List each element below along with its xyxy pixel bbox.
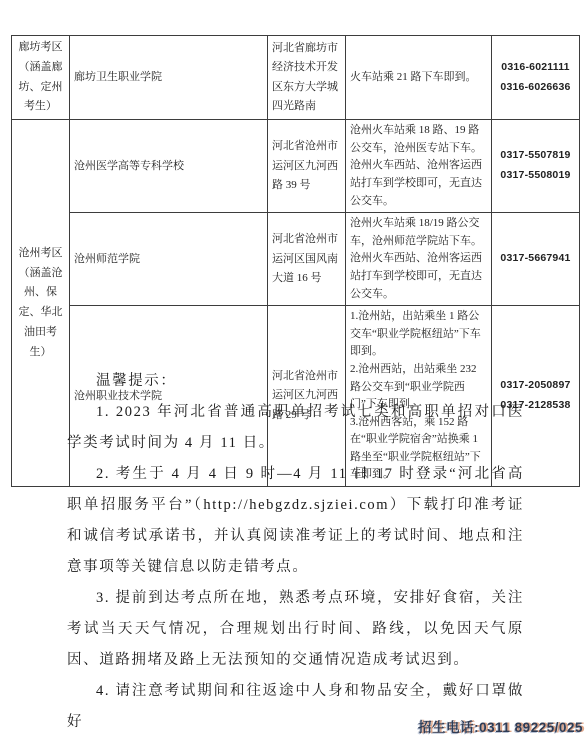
school-name: 沧州师范学院 (70, 213, 268, 306)
document-page: 廊坊考区（涵盖廊坊、定州考生） 廊坊卫生职业学院 河北省廊坊市经济技术开发区东方… (0, 0, 588, 739)
school-address: 河北省廊坊市经济技术开发区东方大学城四光路南 (268, 36, 346, 120)
notice-paragraph-2: 2. 考生于 4 月 4 日 9 时—4 月 11 日 17 时登录“河北省高职… (67, 459, 524, 583)
contact-phones: 0316-6021111 0316-6026636 (492, 36, 580, 120)
school-name: 廊坊卫生职业学院 (70, 36, 268, 120)
notice-title: 温馨提示： (67, 366, 524, 397)
school-address: 河北省沧州市运河区九河西路 39 号 (268, 120, 346, 213)
table-row: 沧州考区（涵盖沧州、保定、华北油田考生） 沧州医学高等专科学校 河北省沧州市运河… (12, 120, 580, 213)
notice-section: 温馨提示： 1. 2023 年河北省普通高职单招考试七类和高职单招对口医学类考试… (67, 366, 524, 738)
contact-phones: 0317-5507819 0317-5508019 (492, 120, 580, 213)
transport-directions: 火车站乘 21 路下车即到。 (346, 36, 492, 120)
school-address: 河北省沧州市运河区国风南大道 16 号 (268, 213, 346, 306)
region-cangzhou: 沧州考区（涵盖沧州、保定、华北油田考生） (12, 120, 70, 487)
region-langfang: 廊坊考区（涵盖廊坊、定州考生） (12, 36, 70, 120)
school-name: 沧州医学高等专科学校 (70, 120, 268, 213)
transport-directions: 沧州火车站乘 18/19 路公交车，沧州师范学院站下车。沧州火车西站、沧州客运西… (346, 213, 492, 306)
contact-phones: 0317-5667941 (492, 213, 580, 306)
table-row: 沧州师范学院 河北省沧州市运河区国风南大道 16 号 沧州火车站乘 18/19 … (12, 213, 580, 306)
table-row: 廊坊考区（涵盖廊坊、定州考生） 廊坊卫生职业学院 河北省廊坊市经济技术开发区东方… (12, 36, 580, 120)
transport-directions: 沧州火车站乘 18 路、19 路公交车，沧州医专站下车。沧州火车西站、沧州客运西… (346, 120, 492, 213)
notice-paragraph-1: 1. 2023 年河北省普通高职单招考试七类和高职单招对口医学类考试时间为 4 … (67, 397, 524, 459)
notice-paragraph-3: 3. 提前到达考点所在地，熟悉考点环境，安排好食宿，关注考试当天天气情况，合理规… (67, 583, 524, 676)
admissions-phone-watermark: 招生电话:0311 89225/025 (418, 716, 583, 736)
